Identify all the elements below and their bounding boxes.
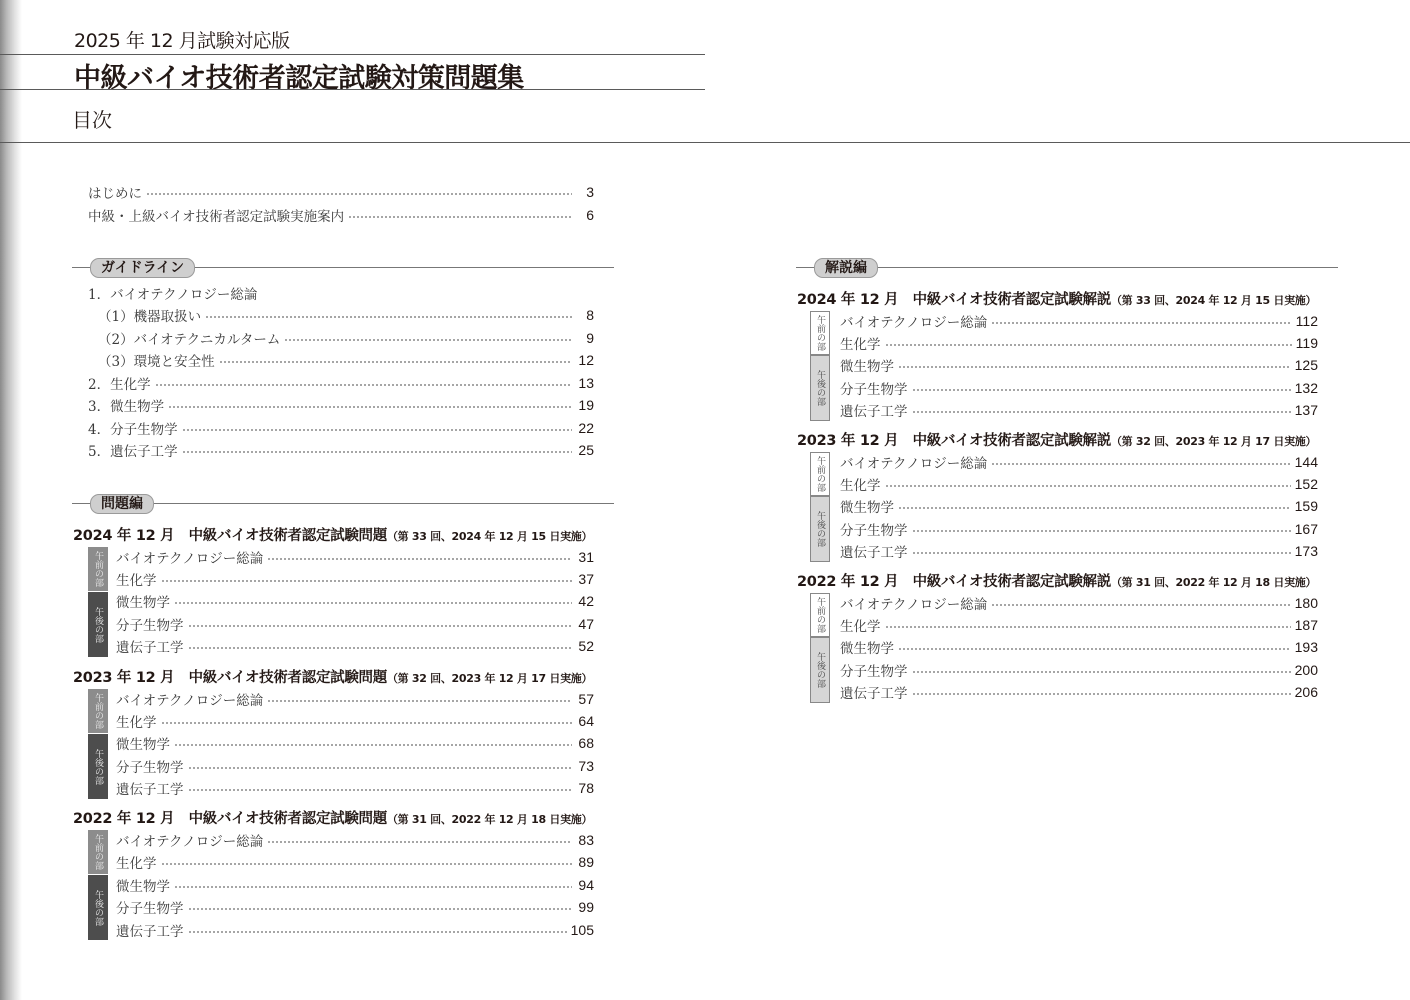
- leader-dots: [898, 366, 1291, 368]
- toc-entry[interactable]: 生化学64: [116, 710, 594, 732]
- toc-entry-label: 生化学: [116, 852, 157, 872]
- toc-entry-label: 2．生化学: [88, 373, 151, 393]
- exam-date-note: （第 31 回、2022 年 12 月 18 日実施）: [387, 813, 592, 826]
- toc-entry-label: 分子生物学: [116, 897, 184, 917]
- toc-entry[interactable]: 3．微生物学 19: [88, 394, 594, 416]
- toc-entry[interactable]: 分子生物学47: [116, 613, 594, 635]
- page-gutter-shadow: [0, 0, 22, 1000]
- leader-dots: [912, 671, 1291, 673]
- leader-dots: [161, 863, 573, 865]
- toc-entry-page: 206: [1295, 684, 1318, 700]
- leader-dots: [885, 626, 1291, 628]
- leader-dots: [168, 406, 572, 408]
- toc-entry-label: 遺伝子工学: [840, 682, 908, 702]
- section-guideline: ガイドライン: [72, 258, 614, 276]
- session-label-am: 午前の部: [810, 311, 830, 355]
- leader-dots: [188, 647, 573, 649]
- exam-title-solutions-2024[interactable]: 2024 年 12 月 中級バイオ技術者認定試験解説（第 33 回、2024 年…: [797, 288, 1316, 309]
- toc-entry-page: 152: [1295, 476, 1318, 492]
- session-label-am: 午前の部: [88, 830, 108, 874]
- toc-entry-page: 64: [576, 713, 594, 729]
- toc-entry-page: 83: [576, 832, 594, 848]
- toc-entry-label: 遺伝子工学: [840, 400, 908, 420]
- toc-entry-page: 9: [576, 330, 594, 346]
- leader-dots: [284, 339, 572, 341]
- toc-entry-label: 3．微生物学: [88, 395, 164, 415]
- section-problems: 問題編: [72, 494, 614, 512]
- leader-dots: [991, 463, 1290, 465]
- toc-entry-page: 13: [576, 375, 594, 391]
- section-label: 問題編: [90, 494, 154, 514]
- toc-entry[interactable]: バイオテクノロジー総論180: [840, 592, 1318, 614]
- exam-title-text: 2022 年 12 月 中級バイオ技術者認定試験解説: [797, 574, 1111, 590]
- toc-entry[interactable]: 生化学37: [116, 568, 594, 590]
- exam-title-text: 2023 年 12 月 中級バイオ技術者認定試験解説: [797, 433, 1111, 449]
- leader-dots: [267, 841, 572, 843]
- toc-entry-page: 22: [576, 420, 594, 436]
- toc-entry[interactable]: 分子生物学132: [840, 377, 1318, 399]
- toc-entry[interactable]: バイオテクノロジー総論57: [116, 688, 594, 710]
- toc-entry-page: 132: [1295, 380, 1318, 396]
- toc-entry-label: バイオテクノロジー総論: [116, 547, 263, 567]
- toc-entry[interactable]: 分子生物学167: [840, 518, 1318, 540]
- section-label: 解説編: [814, 258, 878, 278]
- leader-dots: [155, 384, 572, 386]
- toc-entry[interactable]: 微生物学193: [840, 636, 1318, 658]
- toc-entry-page: 6: [576, 207, 594, 223]
- toc-entry[interactable]: バイオテクノロジー総論31: [116, 546, 594, 568]
- leader-dots: [267, 700, 572, 702]
- toc-entry[interactable]: 生化学152: [840, 473, 1318, 495]
- toc-entry[interactable]: （1）機器取扱い 8: [98, 304, 594, 326]
- toc-entry-label: バイオテクノロジー総論: [840, 311, 987, 331]
- toc-entry-page: 89: [576, 854, 594, 870]
- toc-entry[interactable]: 分子生物学200: [840, 659, 1318, 681]
- toc-entry-page: 200: [1295, 662, 1318, 678]
- exam-title-problems-2023[interactable]: 2023 年 12 月 中級バイオ技術者認定試験問題（第 32 回、2023 年…: [73, 666, 592, 687]
- toc-entry[interactable]: 遺伝子工学206: [840, 681, 1318, 703]
- toc-entry-page: 37: [576, 571, 594, 587]
- toc-entry[interactable]: 4．分子生物学 22: [88, 417, 594, 439]
- leader-dots: [898, 507, 1291, 509]
- session-label-am: 午前の部: [88, 547, 108, 591]
- toc-entry-label: 微生物学: [116, 875, 170, 895]
- leader-dots: [146, 193, 572, 195]
- toc-entry-page: 99: [576, 899, 594, 915]
- toc-entry[interactable]: （2）バイオテクニカルターム 9: [98, 327, 594, 349]
- exam-title-text: 2024 年 12 月 中級バイオ技術者認定試験解説: [797, 292, 1111, 308]
- leader-dots: [912, 389, 1291, 391]
- exam-date-note: （第 32 回、2023 年 12 月 17 日実施）: [387, 672, 592, 685]
- leader-dots: [188, 625, 573, 627]
- toc-entry-page: 180: [1295, 595, 1318, 611]
- toc-entry-label: バイオテクノロジー総論: [116, 830, 263, 850]
- leader-dots: [161, 722, 573, 724]
- toc-entry[interactable]: 分子生物学73: [116, 755, 594, 777]
- leader-dots: [912, 530, 1291, 532]
- toc-entry-label: 分子生物学: [116, 756, 184, 776]
- toc-entry-label: バイオテクノロジー総論: [116, 689, 263, 709]
- toc-entry-label: 分子生物学: [116, 614, 184, 634]
- leader-dots: [182, 451, 572, 453]
- toc-entry[interactable]: バイオテクノロジー総論83: [116, 829, 594, 851]
- session-label-pm: 午後の部: [810, 355, 830, 421]
- toc-entry[interactable]: バイオテクノロジー総論144: [840, 451, 1318, 473]
- leader-dots: [885, 344, 1292, 346]
- toc-entry-page: 3: [576, 184, 594, 200]
- toc-entry-page: 94: [576, 877, 594, 893]
- exam-title-solutions-2023[interactable]: 2023 年 12 月 中級バイオ技術者認定試験解説（第 32 回、2023 年…: [797, 429, 1316, 450]
- toc-entry-label: 中級・上級バイオ技術者認定試験実施案内: [88, 205, 344, 225]
- toc-entry[interactable]: 微生物学42: [116, 590, 594, 612]
- toc-entry[interactable]: 遺伝子工学173: [840, 540, 1318, 562]
- toc-entry-page: 8: [576, 307, 594, 323]
- toc-entry-label: 生化学: [116, 569, 157, 589]
- exam-title-solutions-2022[interactable]: 2022 年 12 月 中級バイオ技術者認定試験解説（第 31 回、2022 年…: [797, 570, 1316, 591]
- leader-dots: [991, 322, 1291, 324]
- toc-entry-label: 微生物学: [840, 637, 894, 657]
- toc-entry-page: 47: [576, 616, 594, 632]
- session-label-am: 午前の部: [810, 593, 830, 637]
- exam-date-note: （第 31 回、2022 年 12 月 18 日実施）: [1111, 576, 1316, 589]
- leader-dots: [912, 693, 1291, 695]
- toc-entry-intro[interactable]: はじめに 3: [88, 181, 594, 203]
- exam-title-problems-2024[interactable]: 2024 年 12 月 中級バイオ技術者認定試験問題（第 33 回、2024 年…: [73, 524, 592, 545]
- leader-dots: [912, 552, 1291, 554]
- toc-entry-label: バイオテクノロジー総論: [840, 452, 987, 472]
- leader-dots: [161, 580, 573, 582]
- toc-entry-label: 5．遺伝子工学: [88, 440, 178, 460]
- toc-entry-label: 1．バイオテクノロジー総論: [88, 283, 257, 303]
- toc-entry-page: 105: [571, 922, 594, 938]
- toc-entry-label: 遺伝子工学: [116, 778, 184, 798]
- toc-entry[interactable]: バイオテクノロジー総論112: [840, 310, 1318, 332]
- leader-dots: [174, 602, 572, 604]
- toc-entry-page: 187: [1295, 617, 1318, 633]
- toc-entry[interactable]: 遺伝子工学105: [116, 919, 594, 941]
- toc-entry-page: 119: [1296, 335, 1318, 351]
- toc-entry-label: 微生物学: [116, 591, 170, 611]
- leader-dots: [885, 485, 1291, 487]
- session-label-am: 午前の部: [810, 452, 830, 496]
- session-label-pm: 午後の部: [88, 592, 108, 657]
- toc-entry[interactable]: 微生物学94: [116, 874, 594, 896]
- header-rule-bottom: [0, 142, 1410, 143]
- toc-entry-page: 167: [1295, 521, 1318, 537]
- leader-dots: [991, 604, 1290, 606]
- header-rule-middle: [0, 89, 705, 90]
- toc-entry[interactable]: 分子生物学99: [116, 896, 594, 918]
- leader-dots: [898, 648, 1291, 650]
- exam-title-text: 2022 年 12 月 中級バイオ技術者認定試験問題: [73, 811, 387, 827]
- session-label-pm: 午後の部: [88, 734, 108, 799]
- toc-entry[interactable]: 生化学119: [840, 332, 1318, 354]
- leader-dots: [174, 886, 572, 888]
- toc-entry-label: 生化学: [840, 333, 881, 353]
- toc-entry-label: 分子生物学: [840, 378, 908, 398]
- toc-entry-label: 4．分子生物学: [88, 418, 178, 438]
- toc-entry-label: バイオテクノロジー総論: [840, 593, 987, 613]
- toc-entry-label: 生化学: [840, 615, 881, 635]
- toc-entry-label: はじめに: [88, 182, 142, 202]
- section-label: ガイドライン: [90, 258, 195, 278]
- toc-entry-page: 159: [1295, 498, 1318, 514]
- toc-entry-page: 68: [576, 735, 594, 751]
- toc-entry-label: 分子生物学: [840, 660, 908, 680]
- leader-dots: [188, 908, 573, 910]
- toc-entry-label: （1）機器取扱い: [98, 305, 201, 325]
- toc-entry[interactable]: 遺伝子工学78: [116, 777, 594, 799]
- toc-entry-page: 19: [576, 397, 594, 413]
- toc-chapter-1[interactable]: 1．バイオテクノロジー総論: [88, 282, 594, 304]
- leader-dots: [205, 316, 572, 318]
- toc-entry-page: 42: [576, 593, 594, 609]
- toc-entry-page: 73: [576, 758, 594, 774]
- toc-entry[interactable]: 遺伝子工学52: [116, 635, 594, 657]
- toc-entry-page: 125: [1295, 357, 1318, 373]
- toc-entry-label: 微生物学: [116, 733, 170, 753]
- exam-title-text: 2023 年 12 月 中級バイオ技術者認定試験問題: [73, 670, 387, 686]
- toc-entry-page: 137: [1295, 402, 1318, 418]
- session-label-pm: 午後の部: [810, 496, 830, 562]
- session-label-pm: 午後の部: [88, 875, 108, 940]
- toc-entry-label: 生化学: [840, 474, 881, 494]
- leader-dots: [188, 931, 567, 933]
- leader-dots: [188, 789, 573, 791]
- leader-dots: [188, 767, 573, 769]
- toc-entry-label: 分子生物学: [840, 519, 908, 539]
- toc-entry-label: 微生物学: [840, 496, 894, 516]
- exam-date-note: （第 33 回、2024 年 12 月 15 日実施）: [1111, 294, 1316, 307]
- toc-entry[interactable]: 生化学89: [116, 851, 594, 873]
- toc-entry-label: 遺伝子工学: [116, 920, 184, 940]
- toc-entry-label: 遺伝子工学: [116, 636, 184, 656]
- toc-entry-label: 微生物学: [840, 355, 894, 375]
- toc-entry[interactable]: 生化学187: [840, 614, 1318, 636]
- toc-entry[interactable]: 遺伝子工学137: [840, 399, 1318, 421]
- toc-entry-label: 遺伝子工学: [840, 541, 908, 561]
- toc-entry-page: 112: [1296, 313, 1318, 329]
- toc-entry[interactable]: （3）環境と安全性 12: [98, 349, 594, 371]
- toc-entry-page: 12: [576, 352, 594, 368]
- leader-dots: [267, 558, 572, 560]
- toc-entry-exam-guide[interactable]: 中級・上級バイオ技術者認定試験実施案内 6: [88, 204, 594, 226]
- toc-entry-label: 生化学: [116, 711, 157, 731]
- session-label-am: 午前の部: [88, 689, 108, 733]
- header-rule-top: [0, 54, 705, 55]
- leader-dots: [348, 216, 572, 218]
- session-label-pm: 午後の部: [810, 637, 830, 703]
- toc-entry[interactable]: 2．生化学 13: [88, 372, 594, 394]
- toc-entry-page: 193: [1295, 639, 1318, 655]
- toc-entry[interactable]: 微生物学159: [840, 495, 1318, 517]
- toc-entry-page: 25: [576, 442, 594, 458]
- toc-entry[interactable]: 微生物学68: [116, 732, 594, 754]
- toc-entry-label: （2）バイオテクニカルターム: [98, 328, 280, 348]
- exam-date-note: （第 32 回、2023 年 12 月 17 日実施）: [1111, 435, 1316, 448]
- section-solutions: 解説編: [796, 258, 1338, 276]
- exam-date-note: （第 33 回、2024 年 12 月 15 日実施）: [387, 530, 592, 543]
- leader-dots: [182, 429, 572, 431]
- toc-entry-page: 52: [576, 638, 594, 654]
- toc-entry-page: 31: [576, 549, 594, 565]
- toc-entry-label: （3）環境と安全性: [98, 350, 215, 370]
- toc-entry[interactable]: 5．遺伝子工学 25: [88, 439, 594, 461]
- toc-entry-page: 57: [576, 691, 594, 707]
- exam-title-problems-2022[interactable]: 2022 年 12 月 中級バイオ技術者認定試験問題（第 31 回、2022 年…: [73, 807, 592, 828]
- edition-label: 2025 年 12 月試験対応版: [74, 26, 290, 53]
- toc-heading: 目次: [72, 104, 112, 133]
- leader-dots: [912, 411, 1291, 413]
- exam-title-text: 2024 年 12 月 中級バイオ技術者認定試験問題: [73, 528, 387, 544]
- leader-dots: [174, 744, 572, 746]
- toc-entry[interactable]: 微生物学125: [840, 354, 1318, 376]
- toc-entry-page: 144: [1295, 454, 1318, 470]
- toc-entry-page: 78: [576, 780, 594, 796]
- leader-dots: [219, 361, 572, 363]
- toc-entry-page: 173: [1295, 543, 1318, 559]
